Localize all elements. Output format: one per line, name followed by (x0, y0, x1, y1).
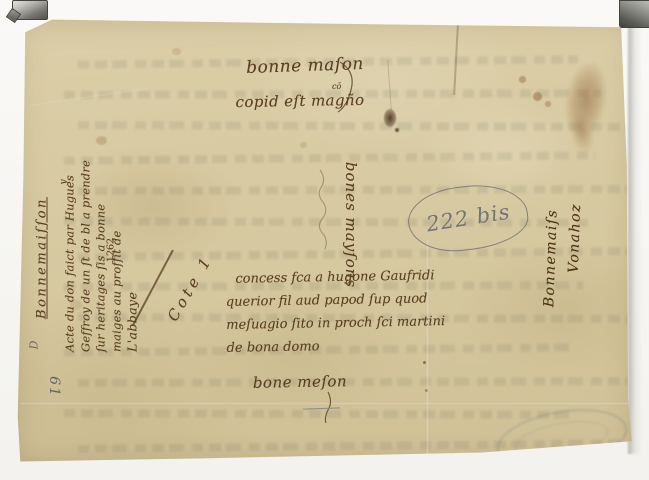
abstract-line: L'abbaye (124, 156, 140, 352)
bleedthrough-line (78, 377, 628, 387)
stain-spot (545, 101, 551, 107)
foxing-spot (300, 142, 307, 148)
abstract-line: Acte du don faict par Hugues (62, 156, 78, 352)
inscription-copy-note: copid eſt magño (235, 91, 364, 111)
stain-spot (533, 92, 542, 101)
bleedthrough-line (64, 409, 571, 419)
foxing-spot (172, 48, 181, 55)
stain-spot (519, 76, 526, 83)
bleedthrough-line (78, 185, 646, 195)
classmark-number: 222 bis (424, 200, 511, 237)
ink-blot (383, 108, 397, 128)
ink-blot-satellite (395, 128, 399, 132)
margin-letter-d: D (28, 341, 41, 350)
latin-line: meſuagio ſito in proch ſci martini (226, 310, 445, 337)
scanner-shadow (628, 22, 642, 454)
foxing-spot (96, 136, 107, 145)
metal-clip-top-left (12, 0, 48, 20)
faint-vertical-scribble (312, 168, 328, 252)
metal-clip-top-right (619, 0, 649, 28)
parchment-document: bonne maſon copid eſt magño cō bones may… (14, 16, 638, 466)
bleedthrough-line (78, 121, 649, 131)
margin-mark: y (59, 179, 69, 184)
latin-note-block: concess fca a hugone Gaufridi querior fi… (225, 264, 446, 360)
french-abstract-block: Acte du don faict par Hugues Geffroy de … (62, 156, 140, 352)
abstract-line: Geffroy de un ſt de bl a prendre (78, 156, 94, 352)
margin-number-61: 61 (46, 376, 62, 398)
margin-name-vertical: Bonnemaiſſon (35, 197, 50, 319)
inscription-bottom-title: bone meſon (253, 372, 348, 392)
bleedthrough-line (64, 151, 595, 165)
latin-line: de bona domo (226, 333, 445, 360)
abstract-date: 1262 (106, 238, 117, 262)
inscription-copy-note-superscript: cō (332, 82, 341, 91)
archive-document-scan: bonne maſon copid eſt magño cō bones may… (0, 0, 649, 480)
right-name-line2: Vonahoz (566, 203, 584, 273)
